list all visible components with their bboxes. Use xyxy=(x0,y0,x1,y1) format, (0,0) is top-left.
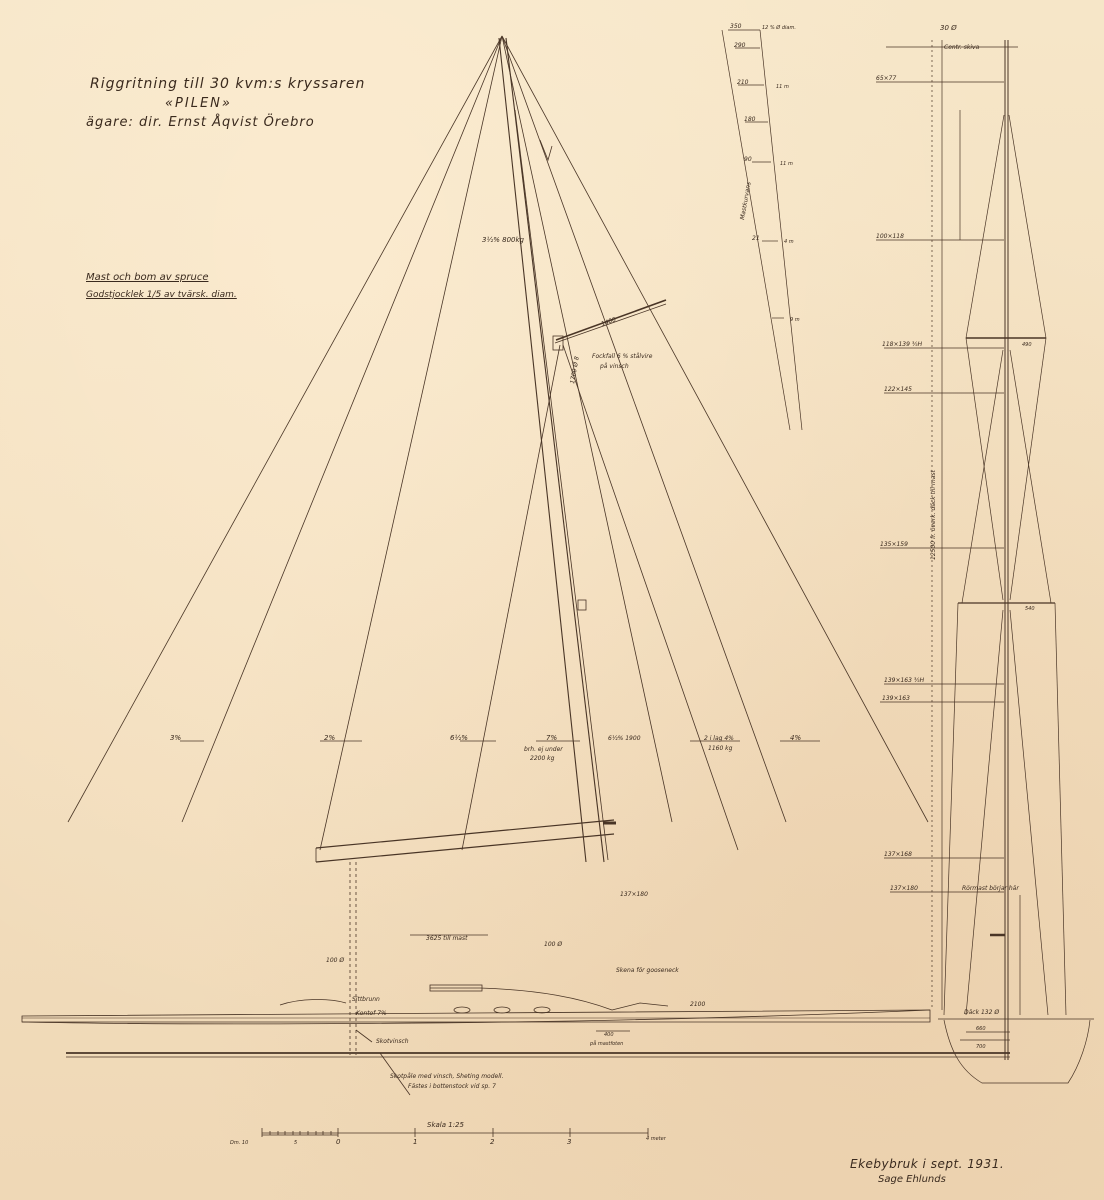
backstay-note-1: Skotpåle med vinsch, Sheting modell. xyxy=(390,1073,504,1080)
upper-diag-right xyxy=(1010,338,1046,600)
wire-label-7: 4% xyxy=(790,734,801,742)
winch-leader xyxy=(356,1030,372,1042)
taper-top-note: 12 % Ø diam. xyxy=(762,24,796,31)
owner-line: ägare: dir. Ernst Åqvist Örebro xyxy=(86,115,315,130)
author-signature: Sage Ehlunds xyxy=(878,1174,946,1185)
scale-tick-2: 2 xyxy=(490,1138,495,1146)
front-top-label: 30 Ø xyxy=(940,24,957,32)
section-label-9: 137×180 xyxy=(890,885,918,892)
mast-mid-fitting xyxy=(578,600,586,610)
foredeck-rise xyxy=(612,1003,668,1010)
headsail-leech-line xyxy=(320,36,502,850)
gooseneck-label: Skena för gooseneck xyxy=(616,967,679,974)
mast-taper-annotations: 350 12 % Ø diam. 290 210 180 90 21 11 m … xyxy=(730,23,800,323)
upper-shroud-right xyxy=(1009,115,1046,338)
taper-side-1: 11 m xyxy=(776,84,789,90)
hull-section xyxy=(944,1020,1090,1083)
deck-height-label: 2100 xyxy=(690,1001,705,1008)
lower-shroud-aft xyxy=(563,345,738,850)
lower-diag-left xyxy=(966,610,1003,1015)
lower-spreader-label: 540 xyxy=(1025,606,1035,612)
upper-diag-left xyxy=(966,338,1003,600)
upper-spreader-label: 490 xyxy=(1022,342,1032,348)
taper-width-210: 210 xyxy=(737,79,749,86)
scale-tick-3: 3 xyxy=(567,1138,571,1146)
spreader-note-2: på vinsch xyxy=(599,363,629,370)
wire-label-4-sub1: brh. ej under xyxy=(524,746,563,753)
taper-side-3: 4 m xyxy=(784,239,794,245)
boom-bottom xyxy=(316,834,614,862)
taper-width-290: 290 xyxy=(734,42,746,49)
taper-side-4: 9 m xyxy=(790,317,800,323)
upper-shroud-left xyxy=(966,115,1004,338)
lower-shroud-forward xyxy=(462,345,560,850)
winch-note-label: Rörmast börjar här xyxy=(962,885,1019,892)
wire-label-6-sub: 1160 kg xyxy=(708,745,733,752)
mast-base-label: 137×180 xyxy=(620,891,648,898)
section-label-5: 135×159 xyxy=(880,541,908,548)
front-view-annotations: 30 Ø Centr. skiva 65×77 100×118 118×139 … xyxy=(876,24,1035,1050)
porthole-3 xyxy=(534,1007,550,1013)
scale-tick-0: 0 xyxy=(336,1138,341,1146)
mast-detail-label: 1700 Ø 8 xyxy=(569,356,581,385)
wire-label-4: 7% xyxy=(546,734,557,742)
mid-diag-left xyxy=(962,350,1003,603)
forestay-label: 3½% 800kg xyxy=(482,236,525,244)
section-label-2: 100×118 xyxy=(876,233,904,240)
cockpit-label: Sittbrunn xyxy=(352,996,380,1003)
hull-note-label: Kontof 7% xyxy=(356,1010,387,1017)
lower-shroud-left xyxy=(944,603,958,1015)
scale-tick-5: 5 xyxy=(294,1140,297,1146)
material-note: Mast och bom av spruce xyxy=(86,272,208,283)
deck-line xyxy=(22,1010,930,1022)
hull-dim-700-label: 700 xyxy=(976,1044,986,1050)
taper-width-350: 350 xyxy=(730,23,742,30)
mid-diag-right xyxy=(1010,350,1051,603)
mast-step-note: på mastfoten xyxy=(589,1040,623,1047)
scale-labels: Dm. 10 5 0 1 2 3 4 meter xyxy=(230,1136,667,1146)
section-label-3: 118×139 ⅗H xyxy=(882,341,923,348)
drawing-title: Riggritning till 30 kvm:s kryssaren xyxy=(90,76,365,92)
front-view xyxy=(876,40,1094,1083)
scale-tick-4: 4 meter xyxy=(646,1136,667,1142)
thickness-note: Godstjocklek 1/5 av tvärsk. diam. xyxy=(86,290,237,300)
spreader-note-1: Fockfall 6 % stålvire xyxy=(592,353,653,360)
wire-label-2: 2% xyxy=(324,734,335,742)
boom-inner-label: 100 Ø xyxy=(544,941,562,948)
side-view xyxy=(22,36,1010,1095)
taper-width-21: 21 xyxy=(752,235,760,242)
rigging-drawing: 3½% 800kg 1400 Fockfall 6 % stålvire på … xyxy=(0,0,1104,1200)
jib-stay-line xyxy=(182,36,502,822)
taper-width-90: 90 xyxy=(744,156,752,163)
wire-label-1: 3% xyxy=(170,734,181,742)
taper-line-aft xyxy=(760,30,802,430)
wire-label-6: 2 i lag 4% xyxy=(704,735,734,742)
blueprint-sheet: 3½% 800kg 1400 Fockfall 6 % stålvire på … xyxy=(0,0,1104,1200)
wire-label-5: 6½% 1900 xyxy=(608,735,641,742)
place-date: Ekebybruk i sept. 1931. xyxy=(850,1157,1004,1171)
boom-outer-label: 100 Ø xyxy=(326,957,344,964)
porthole-1 xyxy=(454,1007,470,1013)
scale-title: Skala 1:25 xyxy=(427,1121,464,1129)
boom-top xyxy=(316,820,614,848)
taper-line-forward xyxy=(722,30,790,430)
forestay-line xyxy=(68,36,502,822)
boom-length-label: 3625 till mast xyxy=(426,935,468,942)
lower-shroud-right xyxy=(1055,603,1066,1015)
porthole-2 xyxy=(494,1007,510,1013)
taper-vertical-note: Mastkurvans xyxy=(739,181,753,220)
scale-ticks xyxy=(262,1128,648,1137)
winch-label: Skotvinsch xyxy=(376,1038,409,1045)
front-top-note: Centr. skiva xyxy=(944,44,980,51)
boat-name: «PILEN» xyxy=(165,96,232,111)
mast-forward-edge xyxy=(499,38,586,862)
wire-label-3: 6½% xyxy=(450,734,468,742)
section-label-1: 65×77 xyxy=(876,75,896,82)
side-view-annotations: 3½% 800kg 1400 Fockfall 6 % stålvire på … xyxy=(170,236,801,1090)
scale-tick-dm: Dm. 10 xyxy=(230,1140,248,1146)
section-label-4: 122×145 xyxy=(884,386,912,393)
wire-label-4-sub2: 2200 kg xyxy=(530,755,555,762)
taper-width-180: 180 xyxy=(744,116,756,123)
section-label-7: 139×163 xyxy=(882,695,910,702)
cockpit-coaming xyxy=(280,999,346,1005)
shroud-line xyxy=(502,36,672,822)
backstay-note-2: Fästes i bottenstock vid sp. 7 xyxy=(408,1083,496,1090)
mast-taper-detail xyxy=(722,30,802,430)
hull-dim-660-label: 660 xyxy=(976,1026,986,1032)
scale-tick-1: 1 xyxy=(413,1138,417,1146)
spreader-length-label: 1400 xyxy=(600,316,617,328)
mast-step-label: 400 xyxy=(604,1032,614,1038)
section-label-8: 137×168 xyxy=(884,851,912,858)
section-label-6: 139×163 ⅗H xyxy=(884,677,925,684)
aft-backstay-line xyxy=(502,36,928,822)
section-lines xyxy=(876,82,1004,892)
taper-side-2: 11 m xyxy=(780,161,793,167)
scale-bar xyxy=(262,1128,648,1137)
front-vertical-note: 12500 fr. överk. däck till mast xyxy=(930,469,937,560)
deck-note-label: Däck 132 Ø xyxy=(964,1009,999,1016)
lower-diag-right xyxy=(1010,610,1048,1015)
